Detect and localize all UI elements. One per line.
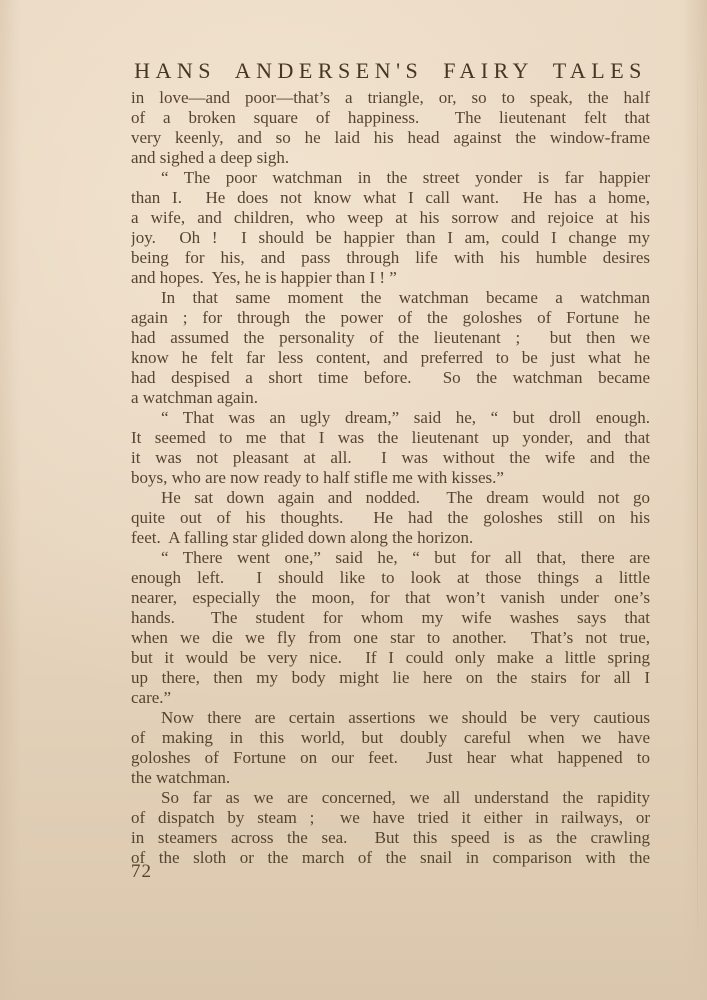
text-line: a watchman again.: [131, 388, 650, 408]
running-header: HANS ANDERSEN'S FAIRY TALES: [131, 58, 650, 84]
text-line: and hopes. Yes, he is happier than I ! ”: [131, 268, 650, 288]
text-line: enough left. I should like to look at th…: [131, 568, 650, 588]
text-line: it was not pleasant at all. I was withou…: [131, 448, 650, 468]
text-line: of making in this world, but doubly care…: [131, 728, 650, 748]
text-line: and sighed a deep sigh.: [131, 148, 650, 168]
page-number: 72: [131, 860, 152, 884]
text-line: know he felt far less content, and prefe…: [131, 348, 650, 368]
text-line: goloshes of Fortune on our feet. Just he…: [131, 748, 650, 768]
text-line: had despised a short time before. So the…: [131, 368, 650, 388]
text-line: So far as we are concerned, we all under…: [131, 788, 650, 808]
text-line: up there, then my body might lie here on…: [131, 668, 650, 688]
text-line: a wife, and children, who weep at his so…: [131, 208, 650, 228]
text-line: In that same moment the watchman became …: [131, 288, 650, 308]
text-line: quite out of his thoughts. He had the go…: [131, 508, 650, 528]
text-line: feet. A falling star glided down along t…: [131, 528, 650, 548]
text-line: being for his, and pass through life wit…: [131, 248, 650, 268]
text-line: in love—and poor—that’s a triangle, or, …: [131, 88, 650, 108]
text-line: “ The poor watchman in the street yonder…: [131, 168, 650, 188]
text-line: hands. The student for whom my wife wash…: [131, 608, 650, 628]
text-line: of a broken square of happiness. The lie…: [131, 108, 650, 128]
text-line: Now there are certain assertions we shou…: [131, 708, 650, 728]
text-line: of the sloth or the march of the snail i…: [131, 848, 650, 868]
text-line: It seemed to me that I was the lieutenan…: [131, 428, 650, 448]
text-line: very keenly, and so he laid his head aga…: [131, 128, 650, 148]
text-line: joy. Oh ! I should be happier than I am,…: [131, 228, 650, 248]
text-line: of dispatch by steam ; we have tried it …: [131, 808, 650, 828]
text-line: when we die we fly from one star to anot…: [131, 628, 650, 648]
book-page: HANS ANDERSEN'S FAIRY TALES in love—and …: [0, 0, 707, 1000]
text-line: the watchman.: [131, 768, 650, 788]
text-line: He sat down again and nodded. The dream …: [131, 488, 650, 508]
text-line: care.”: [131, 688, 650, 708]
text-line: but it would be very nice. If I could on…: [131, 648, 650, 668]
text-line: than I. He does not know what I call wan…: [131, 188, 650, 208]
text-line: “ That was an ugly dream,” said he, “ bu…: [131, 408, 650, 428]
text-line: in steamers across the sea. But this spe…: [131, 828, 650, 848]
text-line: “ There went one,” said he, “ but for al…: [131, 548, 650, 568]
text-line: had assumed the personality of the lieut…: [131, 328, 650, 348]
text-body: in love—and poor—that’s a triangle, or, …: [131, 88, 650, 868]
text-line: boys, who are now ready to half stifle m…: [131, 468, 650, 488]
text-line: again ; for through the power of the gol…: [131, 308, 650, 328]
text-line: nearer, especially the moon, for that wo…: [131, 588, 650, 608]
page-edge-shadow: [697, 0, 698, 1000]
